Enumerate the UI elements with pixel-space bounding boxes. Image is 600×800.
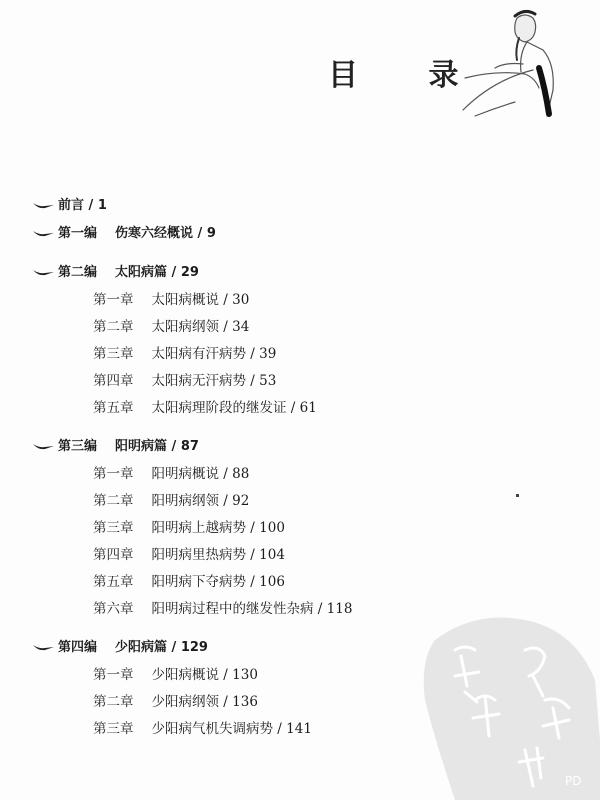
entry-label: 第五章 (93, 400, 134, 416)
page-number: 141 (286, 721, 312, 737)
entry-title: 太阳病无汗病势 (152, 373, 247, 389)
entry-label: 第四章 (93, 547, 134, 563)
toc-entry-part-2[interactable]: 第二编太阳病篇 / 29 (33, 264, 199, 282)
entry-title: 阳明病篇 (115, 439, 167, 454)
entry-label: 第一编 (58, 226, 97, 241)
entry-title: 少阳病篇 (115, 640, 167, 655)
entry-title: 太阳病篇 (115, 265, 167, 280)
svg-text:PD: PD (565, 774, 581, 788)
toc-entry-chapter[interactable]: 第三章太阳病有汗病势 / 39 (93, 345, 276, 363)
scholar-illustration-icon (455, 8, 565, 120)
entry-title: 少阳病概说 (152, 667, 220, 683)
toc-entry-chapter[interactable]: 第四章阳明病里热病势 / 104 (93, 546, 285, 564)
toc-entry-chapter[interactable]: 第一章阳明病概说 / 88 (93, 465, 249, 483)
swallow-bird-icon (33, 643, 55, 653)
entry-title: 伤寒六经概说 (115, 226, 193, 241)
toc-entry-part-4[interactable]: 第四编少阳病篇 / 129 (33, 639, 208, 657)
toc-entry-chapter[interactable]: 第一章少阳病概说 / 130 (93, 666, 258, 684)
scan-speck (516, 494, 519, 497)
entry-label: 第一章 (93, 466, 134, 482)
entry-label: 第二章 (93, 493, 134, 509)
entry-title: 阳明病概说 (152, 466, 220, 482)
entry-title: 少阳病纲领 (152, 694, 220, 710)
page-number: 118 (327, 601, 353, 617)
entry-title: 太阳病概说 (152, 292, 220, 308)
entry-label: 第三编 (58, 439, 97, 454)
entry-label: 第三章 (93, 346, 134, 362)
entry-label: 第二编 (58, 265, 97, 280)
entry-label: 第一章 (93, 667, 134, 683)
page-number: 100 (259, 520, 285, 536)
entry-title: 太阳病理阶段的继发证 (152, 400, 287, 416)
page-number: 61 (300, 400, 317, 416)
entry-label: 第二章 (93, 319, 134, 335)
entry-title: 阳明病里热病势 (152, 547, 247, 563)
entry-title: 少阳病气机失调病势 (152, 721, 274, 737)
toc-entry-chapter[interactable]: 第六章阳明病过程中的继发性杂病 / 118 (93, 600, 352, 618)
entry-label: 第三章 (93, 520, 134, 536)
page-number: 1 (98, 198, 107, 213)
page-number: 130 (232, 667, 258, 683)
page-number: 129 (181, 640, 208, 655)
entry-label: 第六章 (93, 601, 134, 617)
entry-label: 第三章 (93, 721, 134, 737)
swallow-bird-icon (33, 268, 55, 278)
entry-label: 第一章 (93, 292, 134, 308)
toc-entry-chapter[interactable]: 第三章少阳病气机失调病势 / 141 (93, 720, 312, 738)
page-number: 104 (259, 547, 285, 563)
page-number: 9 (207, 226, 216, 241)
entry-label: 第四章 (93, 373, 134, 389)
page-number: 53 (259, 373, 276, 389)
entry-title: 阳明病纲领 (152, 493, 220, 509)
page-number: 29 (181, 265, 199, 280)
toc-entry-chapter[interactable]: 第五章太阳病理阶段的继发证 / 61 (93, 399, 317, 417)
toc-entry-chapter[interactable]: 第二章阳明病纲领 / 92 (93, 492, 249, 510)
toc-entry-chapter[interactable]: 第三章阳明病上越病势 / 100 (93, 519, 285, 537)
toc-entry-chapter[interactable]: 第二章少阳病纲领 / 136 (93, 693, 258, 711)
entry-label: 前言 (58, 198, 84, 213)
entry-title: 太阳病有汗病势 (152, 346, 247, 362)
page-number: 87 (181, 439, 199, 454)
page-number: 88 (232, 466, 249, 482)
toc-entry-part-1[interactable]: 第一编伤寒六经概说 / 9 (33, 225, 216, 243)
toc-entry-part-3[interactable]: 第三编阳明病篇 / 87 (33, 438, 199, 456)
page-number: 34 (232, 319, 249, 335)
toc-entry-chapter[interactable]: 第四章太阳病无汗病势 / 53 (93, 372, 276, 390)
entry-label: 第四编 (58, 640, 97, 655)
toc-entry-preface[interactable]: 前言 / 1 (33, 197, 107, 215)
toc-entry-chapter[interactable]: 第二章太阳病纲领 / 34 (93, 318, 249, 336)
swallow-bird-icon (33, 442, 55, 452)
entry-title: 阳明病过程中的继发性杂病 (152, 601, 314, 617)
entry-label: 第五章 (93, 574, 134, 590)
page-number: 39 (259, 346, 276, 362)
swallow-bird-icon (33, 229, 55, 239)
seal-watermark-icon: PD (415, 600, 600, 800)
toc-entry-chapter[interactable]: 第五章阳明病下夺病势 / 106 (93, 573, 285, 591)
swallow-bird-icon (33, 201, 55, 211)
page-number: 106 (259, 574, 285, 590)
entry-title: 阳明病下夺病势 (152, 574, 247, 590)
toc-entry-chapter[interactable]: 第一章太阳病概说 / 30 (93, 291, 249, 309)
entry-label: 第二章 (93, 694, 134, 710)
page-number: 136 (232, 694, 258, 710)
entry-title: 太阳病纲领 (152, 319, 220, 335)
page-number: 30 (232, 292, 249, 308)
entry-title: 阳明病上越病势 (152, 520, 247, 536)
page-number: 92 (232, 493, 249, 509)
